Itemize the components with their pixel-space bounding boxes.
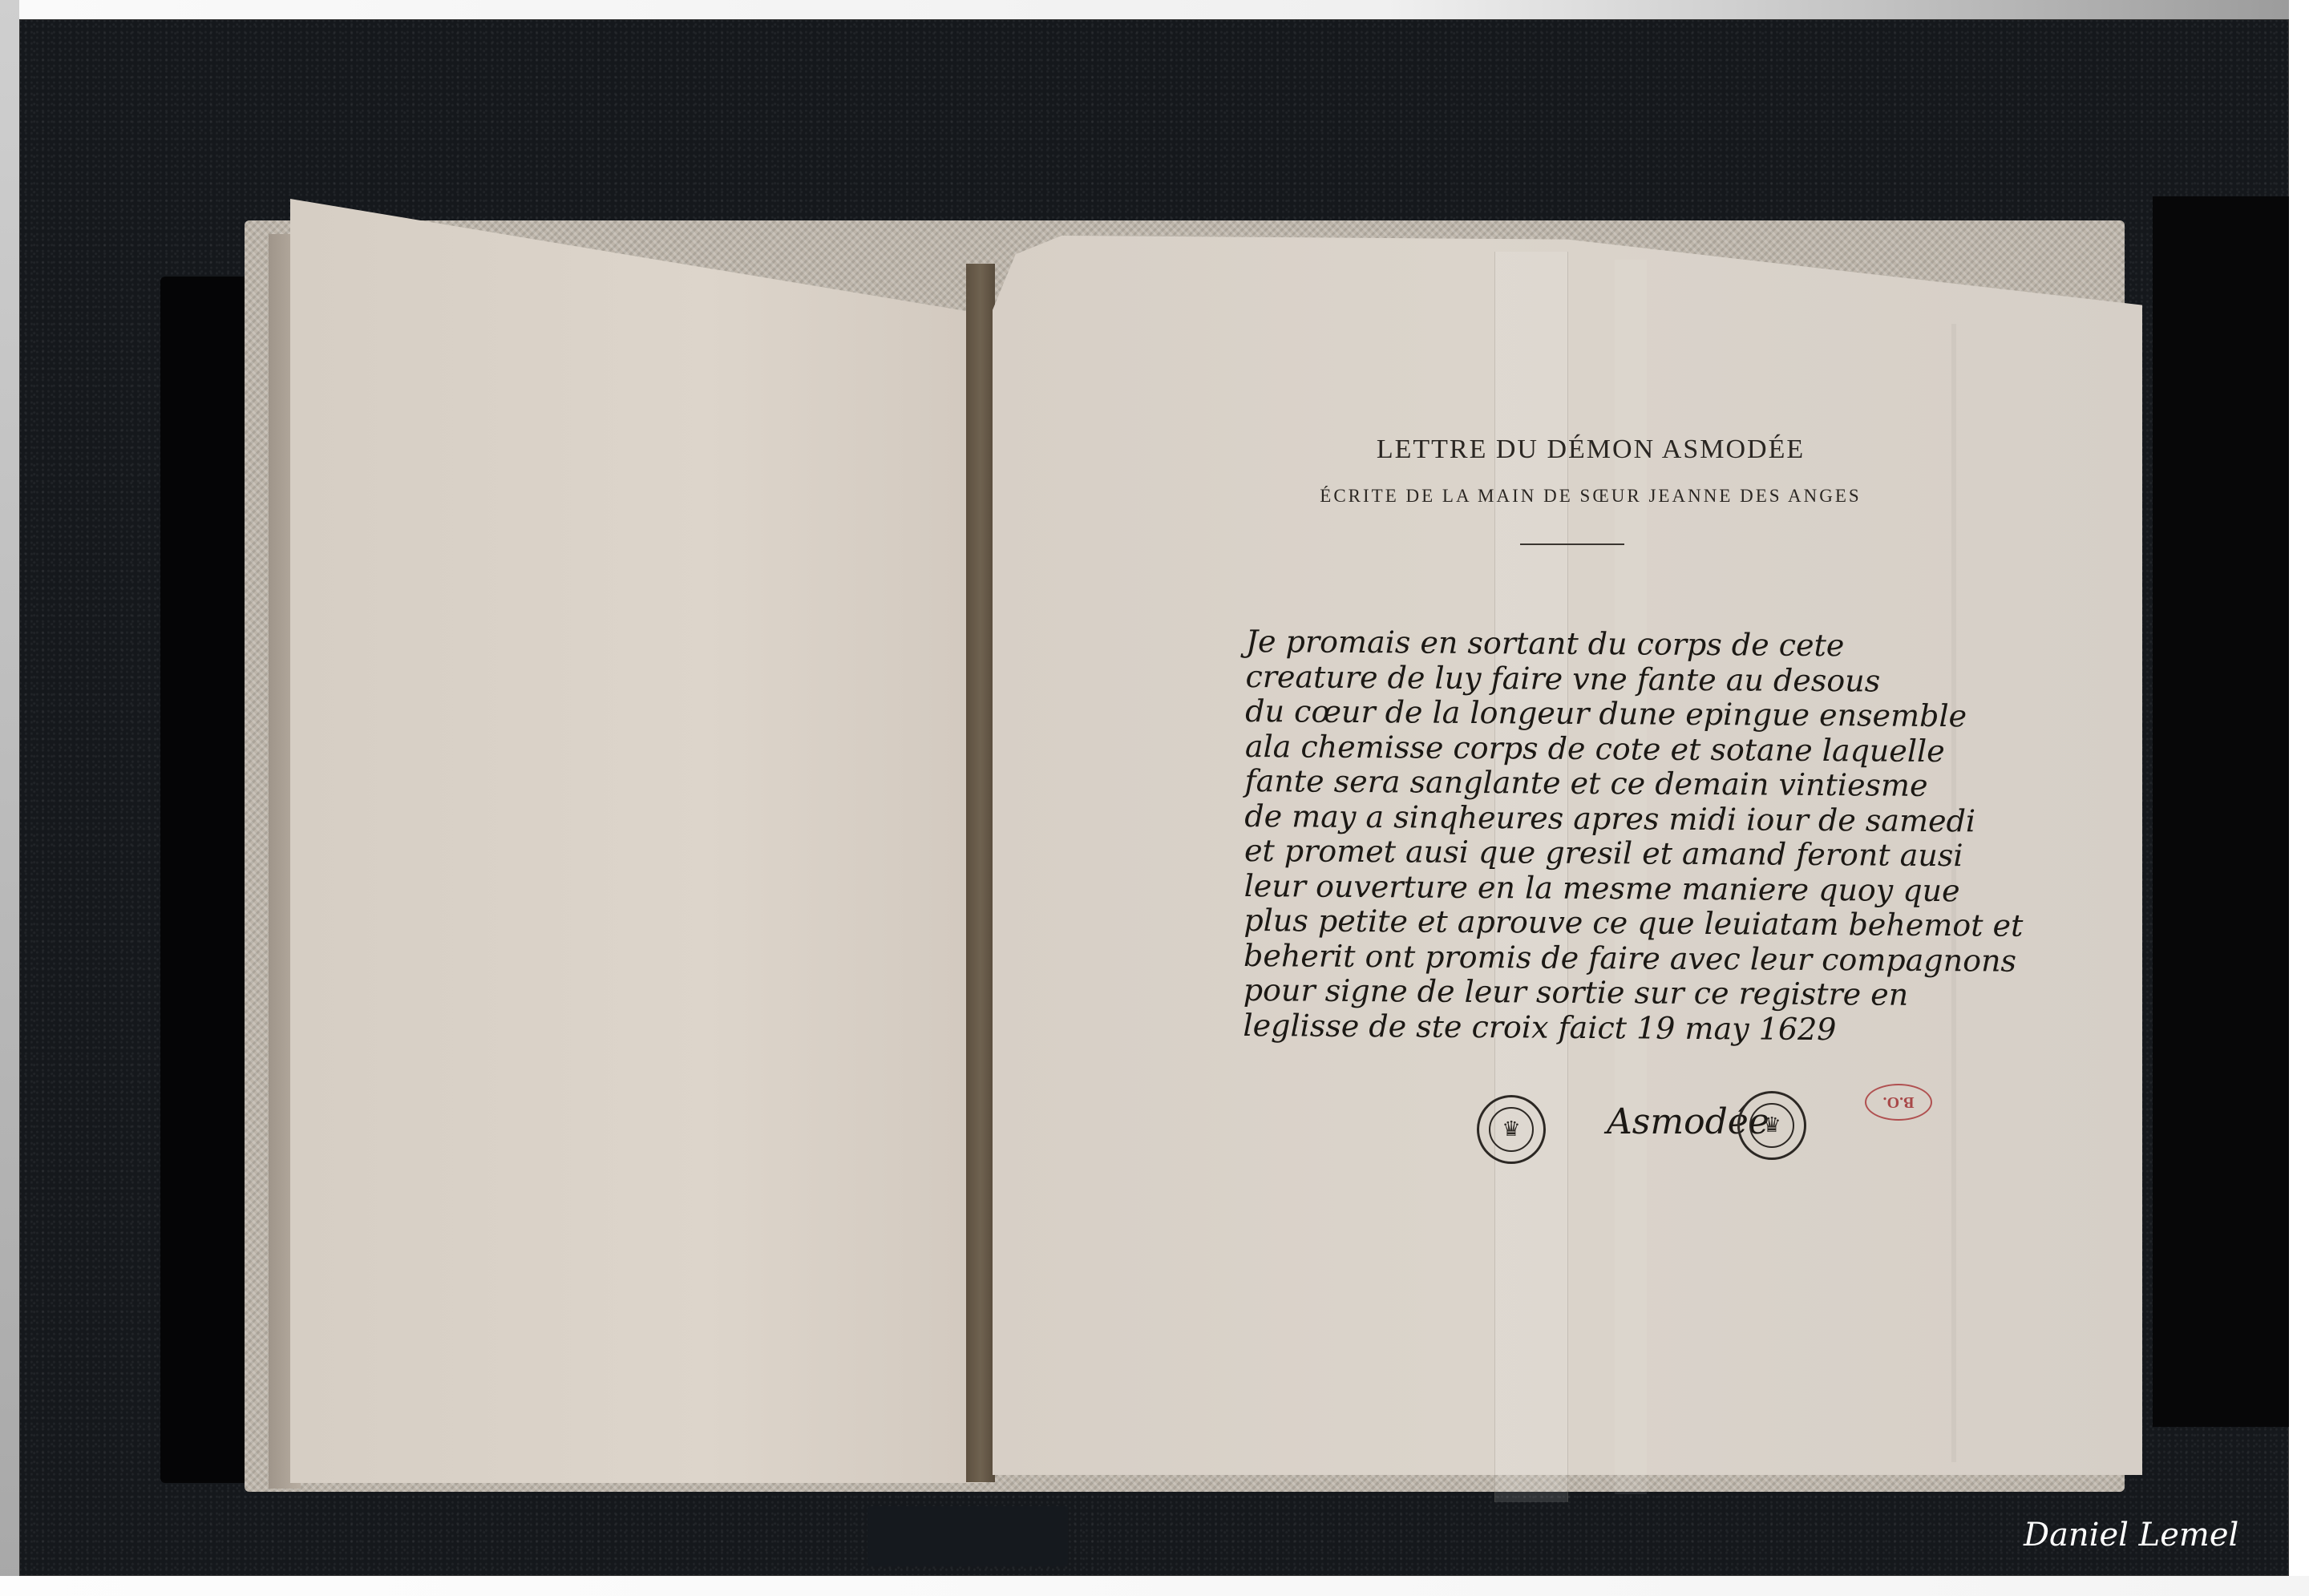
letter-line: leglisse de ste croix faict 19 may 1629 bbox=[1243, 1008, 1964, 1048]
handwritten-letter: Je promais en sortant du corps de cete c… bbox=[1243, 624, 1967, 1048]
letter-line: fante sera sanglante et ce demain vintie… bbox=[1244, 764, 1966, 804]
letter-line: Je promais en sortant du corps de cete bbox=[1246, 624, 1967, 665]
letter-line: de may a sinqheures apres midi iour de s… bbox=[1244, 798, 1966, 838]
letter-line: plus petite et aprouve ce que leuiatam b… bbox=[1243, 903, 1965, 943]
photograph: LETTRE DU DÉMON ASMODÉE ÉCRITE DE LA MAI… bbox=[19, 19, 2289, 1576]
display-stand-tab bbox=[867, 1506, 1068, 1566]
letter-line: pour signe de leur sortie sur ce registr… bbox=[1243, 973, 1965, 1013]
title-rule bbox=[1520, 543, 1624, 545]
book-gutter bbox=[966, 264, 995, 1482]
frame-bottom-bevel bbox=[0, 1576, 2309, 1596]
right-shadow-box bbox=[2153, 196, 2289, 1427]
crown-icon: ♛ bbox=[1489, 1107, 1534, 1152]
letter-line: creature de luy faire vne fante au desou… bbox=[1245, 659, 1967, 699]
photographer-watermark: Daniel Lemel bbox=[2024, 1517, 2238, 1554]
letter-line: ala chemisse corps de cote et sotane laq… bbox=[1245, 729, 1967, 769]
frame-left-bevel bbox=[0, 0, 19, 1596]
frame-top-bevel bbox=[0, 0, 2309, 19]
page-title: LETTRE DU DÉMON ASMODÉE bbox=[1270, 434, 1911, 465]
frame-right-bevel bbox=[2289, 0, 2309, 1596]
library-stamp: ♛ bbox=[1737, 1091, 1806, 1160]
left-page-blank bbox=[290, 199, 986, 1483]
page-subtitle: ÉCRITE DE LA MAIN DE SŒUR JEANNE DES ANG… bbox=[1270, 486, 1911, 507]
letter-line: leur ouverture en la mesme maniere quoy … bbox=[1244, 868, 1966, 908]
letter-line: et promet ausi que gresil et amand feron… bbox=[1244, 834, 1966, 874]
red-bo-stamp: B.O. bbox=[1865, 1084, 1932, 1121]
letter-line: du cœur de la longeur dune epingue ensem… bbox=[1245, 694, 1967, 734]
letter-line: beherit ont promis de faire avec leur co… bbox=[1243, 938, 1965, 978]
crown-icon: ♛ bbox=[1749, 1103, 1794, 1148]
library-stamp: ♛ bbox=[1477, 1095, 1546, 1164]
